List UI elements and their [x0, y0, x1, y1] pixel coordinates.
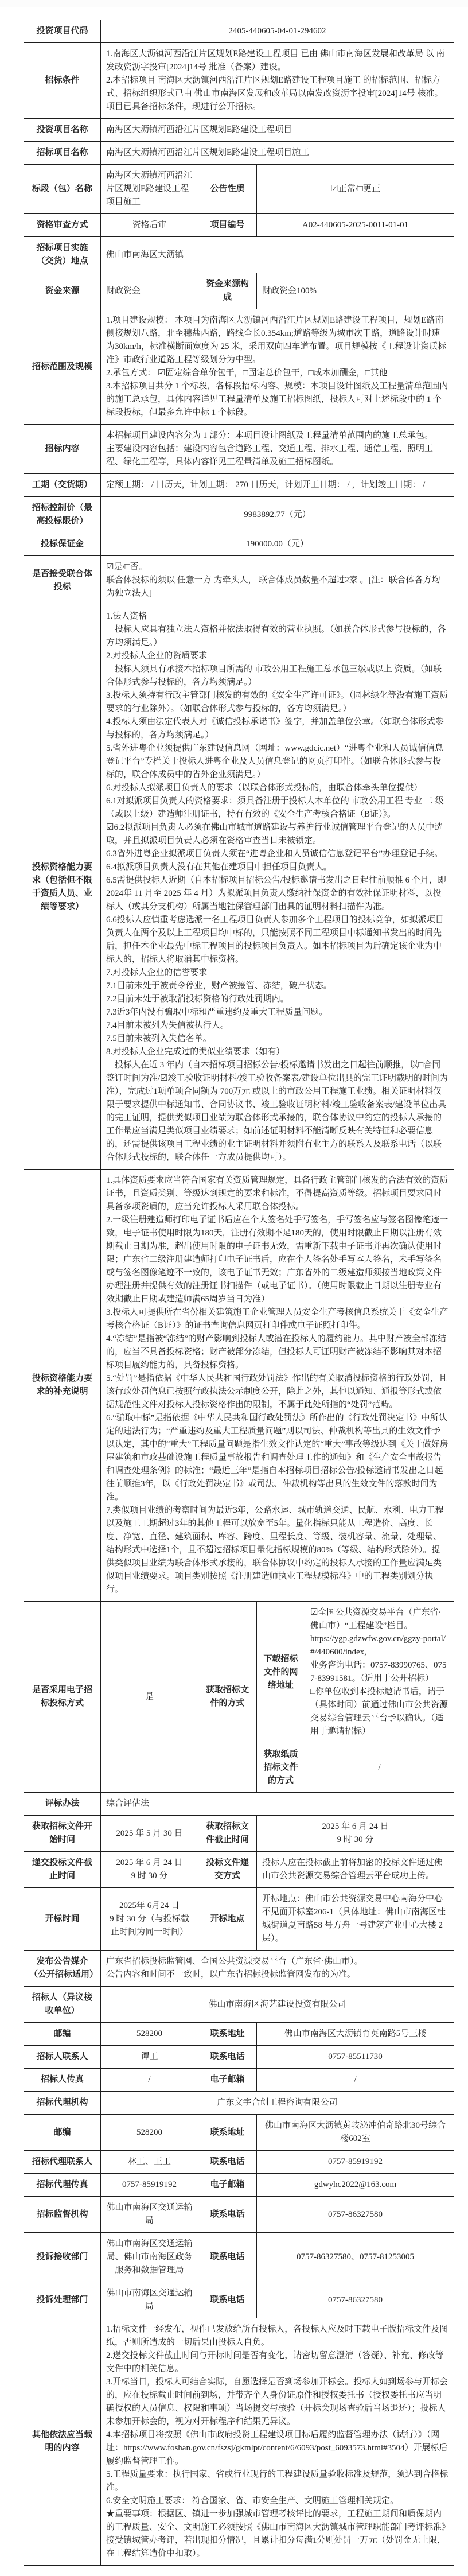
bid-opening-place-value: 开标地点：佛山市公共资源交易中心南海分中心 不见面开标室206-1（具体地址：佛… [257, 1888, 454, 1951]
row-complaint-receiving: 投诉接收部门 佛山市南海区交通运输局、佛山市南海区政务服务和数据管理局 联系电话… [24, 2233, 454, 2282]
row-delivery-location: 招标项目实施（交货）地点 佛山市南海区大沥镇 [24, 237, 454, 273]
tenderer-address-label: 联系地址 [198, 2023, 257, 2046]
qualification-requirements-label: 投标资格能力要求（包括但不限于资质人员、业绩等要求） [24, 605, 101, 1170]
bid-bond-value: 190000.00（元） [101, 533, 454, 556]
row-qualification-supplement: 投标资格能力要求的补充说明 1.具体资质要求应当符合国家有关资质管理规定，具备行… [24, 1170, 454, 1602]
download-address-label: 下载招标文件的网络地址 [257, 1602, 305, 1743]
delivery-location-label: 招标项目实施（交货）地点 [24, 237, 101, 273]
tender-content-label: 招标内容 [24, 425, 101, 474]
investment-code-label: 投资项目代码 [24, 20, 101, 43]
supervision-phone-label: 联系电话 [198, 2197, 257, 2233]
complaint-receiving-value: 佛山市南海区交通运输局、佛山市南海区政务服务和数据管理局 [101, 2233, 198, 2282]
agency-phone-value: 0757-85919192 [257, 2151, 454, 2174]
supervision-authority-value: 佛山市南海区交通运输局 [101, 2197, 198, 2233]
row-agency-fax: 招标代理传真 0757-85919192 电子邮箱 gdwyhc2022@163… [24, 2174, 454, 2197]
control-price-value: 9983892.77（元） [101, 497, 454, 533]
agency-phone-label: 联系电话 [198, 2151, 257, 2174]
qualification-method-value: 资格后审 [101, 214, 198, 237]
row-funding-source: 资金来源 财政资金 资金来源构成 财政资金100% [24, 273, 454, 309]
row-investment-project-name: 投资项目名称 南海区大沥镇河西沿江片区规划E路建设工程项目 [24, 119, 454, 142]
electronic-bidding-value: 是 [101, 1602, 198, 1793]
tender-content-value: 本招标项目建设内容分为 1 部分：本项目设计图纸及工程量清单范围内的施工总承包。… [101, 425, 454, 474]
agency-address-label: 联系地址 [198, 2115, 257, 2151]
row-announcement-media: 发布公告媒介（公开招标适用） 广东省招标投标监管网、全国公共资源交易平台（广东省… [24, 1951, 454, 1987]
announcement-media-label: 发布公告媒介（公开招标适用） [24, 1951, 101, 1987]
project-number-value: A02-440605-2025-0011-01-01 [257, 214, 454, 237]
tenderer-contact-label: 招标人联系人 [24, 2046, 101, 2069]
section-name-value: 南海区大沥镇河西沿江片区规划E路建设工程项目施工 [101, 165, 198, 214]
control-price-label: 招标控制价（最高投标限价） [24, 497, 101, 533]
tender-conditions-value: 1.南海区大沥镇河西沿江片区规划E路建设工程项目 已由 佛山市南海区发展和改革局… [101, 43, 454, 119]
paper-document-method-value: / [305, 1743, 454, 1793]
complaint-receiving-phone-label: 联系电话 [198, 2233, 257, 2282]
document-obtain-start-value: 2025 年 5 月 30 日 [101, 1816, 198, 1852]
bid-opening-time-label: 开标时间 [24, 1888, 101, 1951]
submission-deadline-value: 2025 年 6 月 24 日 9 时 30 分 [101, 1852, 198, 1888]
bid-opening-place-label: 开标地点 [198, 1888, 257, 1951]
row-supervision-authority: 招标监督机构 佛山市南海区交通运输局 联系电话 0757-86327580 [24, 2197, 454, 2233]
row-complaint-handling: 投诉处理部门 佛山市南海区交通运输局 联系电话 0757-86327580 [24, 2282, 454, 2318]
tender-scope-value: 1.项目建设规模： 本项目为南海区大沥镇河西沿江片区规划E路建设工程项目，规划E… [101, 309, 454, 425]
tender-conditions-label: 招标条件 [24, 43, 101, 119]
document-obtain-start-label: 获取招标文件开始时间 [24, 1816, 101, 1852]
row-tender-project-name: 招标项目名称 南海区大沥镇河西沿江片区规划E路建设工程项目施工 [24, 142, 454, 165]
complaint-handling-phone-label: 联系电话 [198, 2282, 257, 2318]
page-top-divider [0, 0, 468, 7]
section-name-label: 标段（包）名称 [24, 165, 101, 214]
agency-zip-label: 邮编 [24, 2115, 101, 2151]
tender-project-name-label: 招标项目名称 [24, 142, 101, 165]
complaint-receiving-phone-value: 0757-86327580、0757-81253005 [257, 2233, 454, 2282]
notice-nature-label: 公告性质 [198, 165, 257, 214]
tenderer-phone-label: 联系电话 [198, 2046, 257, 2069]
document-obtain-method-label: 获取招标文件的方式 [198, 1602, 257, 1793]
notice-nature-value: ☑正常/□更正 [257, 165, 454, 214]
row-section-name: 标段（包）名称 南海区大沥镇河西沿江片区规划E路建设工程项目施工 公告性质 ☑正… [24, 165, 454, 214]
evaluation-method-value: 综合评估法 [101, 1793, 454, 1816]
row-qualification-method: 资格审查方式 资格后审 项目编号 A02-440605-2025-0011-01… [24, 214, 454, 237]
tenderer-fax-label: 招标人传真 [24, 2069, 101, 2092]
funding-composition-label: 资金来源构成 [198, 273, 257, 309]
agency-value: 广东文宇合创工程咨询有限公司 [101, 2092, 454, 2115]
announcement-media-value: 广东省招标投标监管网、全国公共资源交易平台（广东省·佛山市）。 公告内容和时间不… [101, 1951, 454, 1987]
tenderer-address-value: 佛山市南海区大沥镇育英南路5号三楼 [257, 2023, 454, 2046]
tenderer-email-label: 电子邮箱 [198, 2069, 257, 2092]
row-evaluation-method: 评标办法 综合评估法 [24, 1793, 454, 1816]
row-agency-zip: 邮编 528200 联系地址 佛山市南海区大沥镇黄岐泌冲伯奇路北30号综合楼60… [24, 2115, 454, 2151]
evaluation-method-label: 评标办法 [24, 1793, 101, 1816]
row-bid-bond: 投标保证金 190000.00（元） [24, 533, 454, 556]
row-tender-conditions: 招标条件 1.南海区大沥镇河西沿江片区规划E路建设工程项目 已由 佛山市南海区发… [24, 43, 454, 119]
tenderer-email-value: / [257, 2069, 454, 2092]
construction-period-label: 工期（交货期） [24, 474, 101, 497]
tender-scope-label: 招标范围及规模 [24, 309, 101, 425]
agency-fax-label: 招标代理传真 [24, 2174, 101, 2197]
consortium-accepted-value: ☑是/□否。 联合体投标的须以 任意一方 为牵头人， 联合体成员数量不超过2家 … [101, 556, 454, 605]
row-other-contents: 其他依法应当载明的内容 1.招标文件一经发布，视作已发放给所有投标人，各投标人应… [24, 2318, 454, 2566]
tenderer-fax-value: / [101, 2069, 198, 2092]
document-obtain-deadline-value: 2025 年 6 月 24 日 9 时 30 分 [257, 1816, 454, 1852]
agency-email-value: gdwyhc2022@163.com [257, 2174, 454, 2197]
row-submission-deadline: 递交投标文件截止时间 2025 年 6 月 24 日 9 时 30 分 投标文件… [24, 1852, 454, 1888]
row-document-obtain-time: 获取招标文件开始时间 2025 年 5 月 30 日 获取招标文件截止时间 20… [24, 1816, 454, 1852]
row-electronic-bidding: 是否采用电子招标投标方式 是 获取招标文件的方式 下载招标文件的网络地址 ☑全国… [24, 1602, 454, 1743]
tenderer-value: 佛山市南海区海艺建设投资有限公司 [101, 1987, 454, 2023]
row-construction-period: 工期（交货期） 定额工期： / 日历天，计划工期： 270 日历天，计划开工日期… [24, 474, 454, 497]
row-qualification-requirements: 投标资格能力要求（包括但不限于资质人员、业绩等要求） 1.法人资格 投标人应具有… [24, 605, 454, 1170]
other-contents-label: 其他依法应当载明的内容 [24, 2318, 101, 2566]
row-investment-code: 投资项目代码 2405-440605-04-01-294602 [24, 20, 454, 43]
download-address-value: ☑全国公共资源交易平台（广东省·佛山市）“工程建设”栏目。 https://yg… [305, 1602, 454, 1743]
row-tenderer-fax: 招标人传真 / 电子邮箱 / [24, 2069, 454, 2092]
row-tenderer-contact: 招标人联系人 谭工 联系电话 0757-85511730 [24, 2046, 454, 2069]
qualification-requirements-value: 1.法人资格 投标人应具有独立法人资格并依法取得有效的营业执照。（如联合体形式参… [101, 605, 454, 1170]
complaint-handling-phone-value: 0757-86327580 [257, 2282, 454, 2318]
qualification-supplement-value: 1.具体资质要求应当符合国家有关资质管理规定，具备行政主管部门核发的合法有效的资… [101, 1170, 454, 1602]
paper-document-method-label: 获取纸质招标文件的方式 [257, 1743, 305, 1793]
row-agency-contact: 招标代理联系人 林工、王工 联系电话 0757-85919192 [24, 2151, 454, 2174]
consortium-accepted-label: 是否接受联合体投标 [24, 556, 101, 605]
tenderer-contact-value: 谭工 [101, 2046, 198, 2069]
tender-announcement-page: 投资项目代码 2405-440605-04-01-294602 招标条件 1.南… [0, 0, 468, 2566]
complaint-handling-value: 佛山市南海区交通运输局 [101, 2282, 198, 2318]
row-consortium-accepted: 是否接受联合体投标 ☑是/□否。 联合体投标的须以 任意一方 为牵头人， 联合体… [24, 556, 454, 605]
row-control-price: 招标控制价（最高投标限价） 9983892.77（元） [24, 497, 454, 533]
row-tender-content: 招标内容 本招标项目建设内容分为 1 部分：本项目设计图纸及工程量清单范围内的施… [24, 425, 454, 474]
tenderer-zip-label: 邮编 [24, 2023, 101, 2046]
qualification-supplement-label: 投标资格能力要求的补充说明 [24, 1170, 101, 1602]
submission-deadline-label: 递交投标文件截止时间 [24, 1852, 101, 1888]
complaint-handling-label: 投诉处理部门 [24, 2282, 101, 2318]
row-bid-opening: 开标时间 2025年 6月24 日 9 时 30 分（与投标截止时间为同一时间）… [24, 1888, 454, 1951]
tender-announcement-table: 投资项目代码 2405-440605-04-01-294602 招标条件 1.南… [24, 20, 454, 2566]
row-tender-scope: 招标范围及规模 1.项目建设规模： 本项目为南海区大沥镇河西沿江片区规划E路建设… [24, 309, 454, 425]
bid-opening-time-value: 2025年 6月24 日 9 时 30 分（与投标截止时间为同一时间） [101, 1888, 198, 1951]
agency-fax-value: 0757-85919192 [101, 2174, 198, 2197]
supervision-phone-value: 0757-86327580 [257, 2197, 454, 2233]
agency-zip-value: 528200 [101, 2115, 198, 2151]
agency-address-value: 佛山市南海区大沥镇黄岐泌冲伯奇路北30号综合楼602室 [257, 2115, 454, 2151]
tenderer-label: 招标人（异议接收单位） [24, 1987, 101, 2023]
funding-composition-value: 财政资金100% [257, 273, 454, 309]
submission-method-value: 投标人应在投标截止前将加密的投标文件通过佛山市公共资源交易综合管理云平台成功上传… [257, 1852, 454, 1888]
row-tenderer: 招标人（异议接收单位） 佛山市南海区海艺建设投资有限公司 [24, 1987, 454, 2023]
supervision-authority-label: 招标监督机构 [24, 2197, 101, 2233]
qualification-method-label: 资格审查方式 [24, 214, 101, 237]
bid-bond-label: 投标保证金 [24, 533, 101, 556]
agency-contact-label: 招标代理联系人 [24, 2151, 101, 2174]
row-tenderer-zip: 邮编 528200 联系地址 佛山市南海区大沥镇育英南路5号三楼 [24, 2023, 454, 2046]
construction-period-value: 定额工期： / 日历天，计划工期： 270 日历天，计划开工日期： / ，计划竣… [101, 474, 454, 497]
document-obtain-deadline-label: 获取招标文件截止时间 [198, 1816, 257, 1852]
investment-project-name-value: 南海区大沥镇河西沿江片区规划E路建设工程项目 [101, 119, 454, 142]
electronic-bidding-label: 是否采用电子招标投标方式 [24, 1602, 101, 1793]
row-agency: 招标代理机构 广东文宇合创工程咨询有限公司 [24, 2092, 454, 2115]
funding-source-value: 财政资金 [101, 273, 198, 309]
agency-label: 招标代理机构 [24, 2092, 101, 2115]
agency-contact-value: 林工、王工 [101, 2151, 198, 2174]
investment-project-name-label: 投资项目名称 [24, 119, 101, 142]
tenderer-phone-value: 0757-85511730 [257, 2046, 454, 2069]
tenderer-zip-value: 528200 [101, 2023, 198, 2046]
other-contents-value: 1.招标文件一经发布，视作已发放给所有投标人，各投标人应及时下载电子版招标文件及… [101, 2318, 454, 2566]
agency-email-label: 电子邮箱 [198, 2174, 257, 2197]
submission-method-label: 投标文件递交方式 [198, 1852, 257, 1888]
investment-code-value: 2405-440605-04-01-294602 [101, 20, 454, 43]
project-number-label: 项目编号 [198, 214, 257, 237]
delivery-location-value: 佛山市南海区大沥镇 [101, 237, 454, 273]
tender-project-name-value: 南海区大沥镇河西沿江片区规划E路建设工程项目施工 [101, 142, 454, 165]
funding-source-label: 资金来源 [24, 273, 101, 309]
complaint-receiving-label: 投诉接收部门 [24, 2233, 101, 2282]
